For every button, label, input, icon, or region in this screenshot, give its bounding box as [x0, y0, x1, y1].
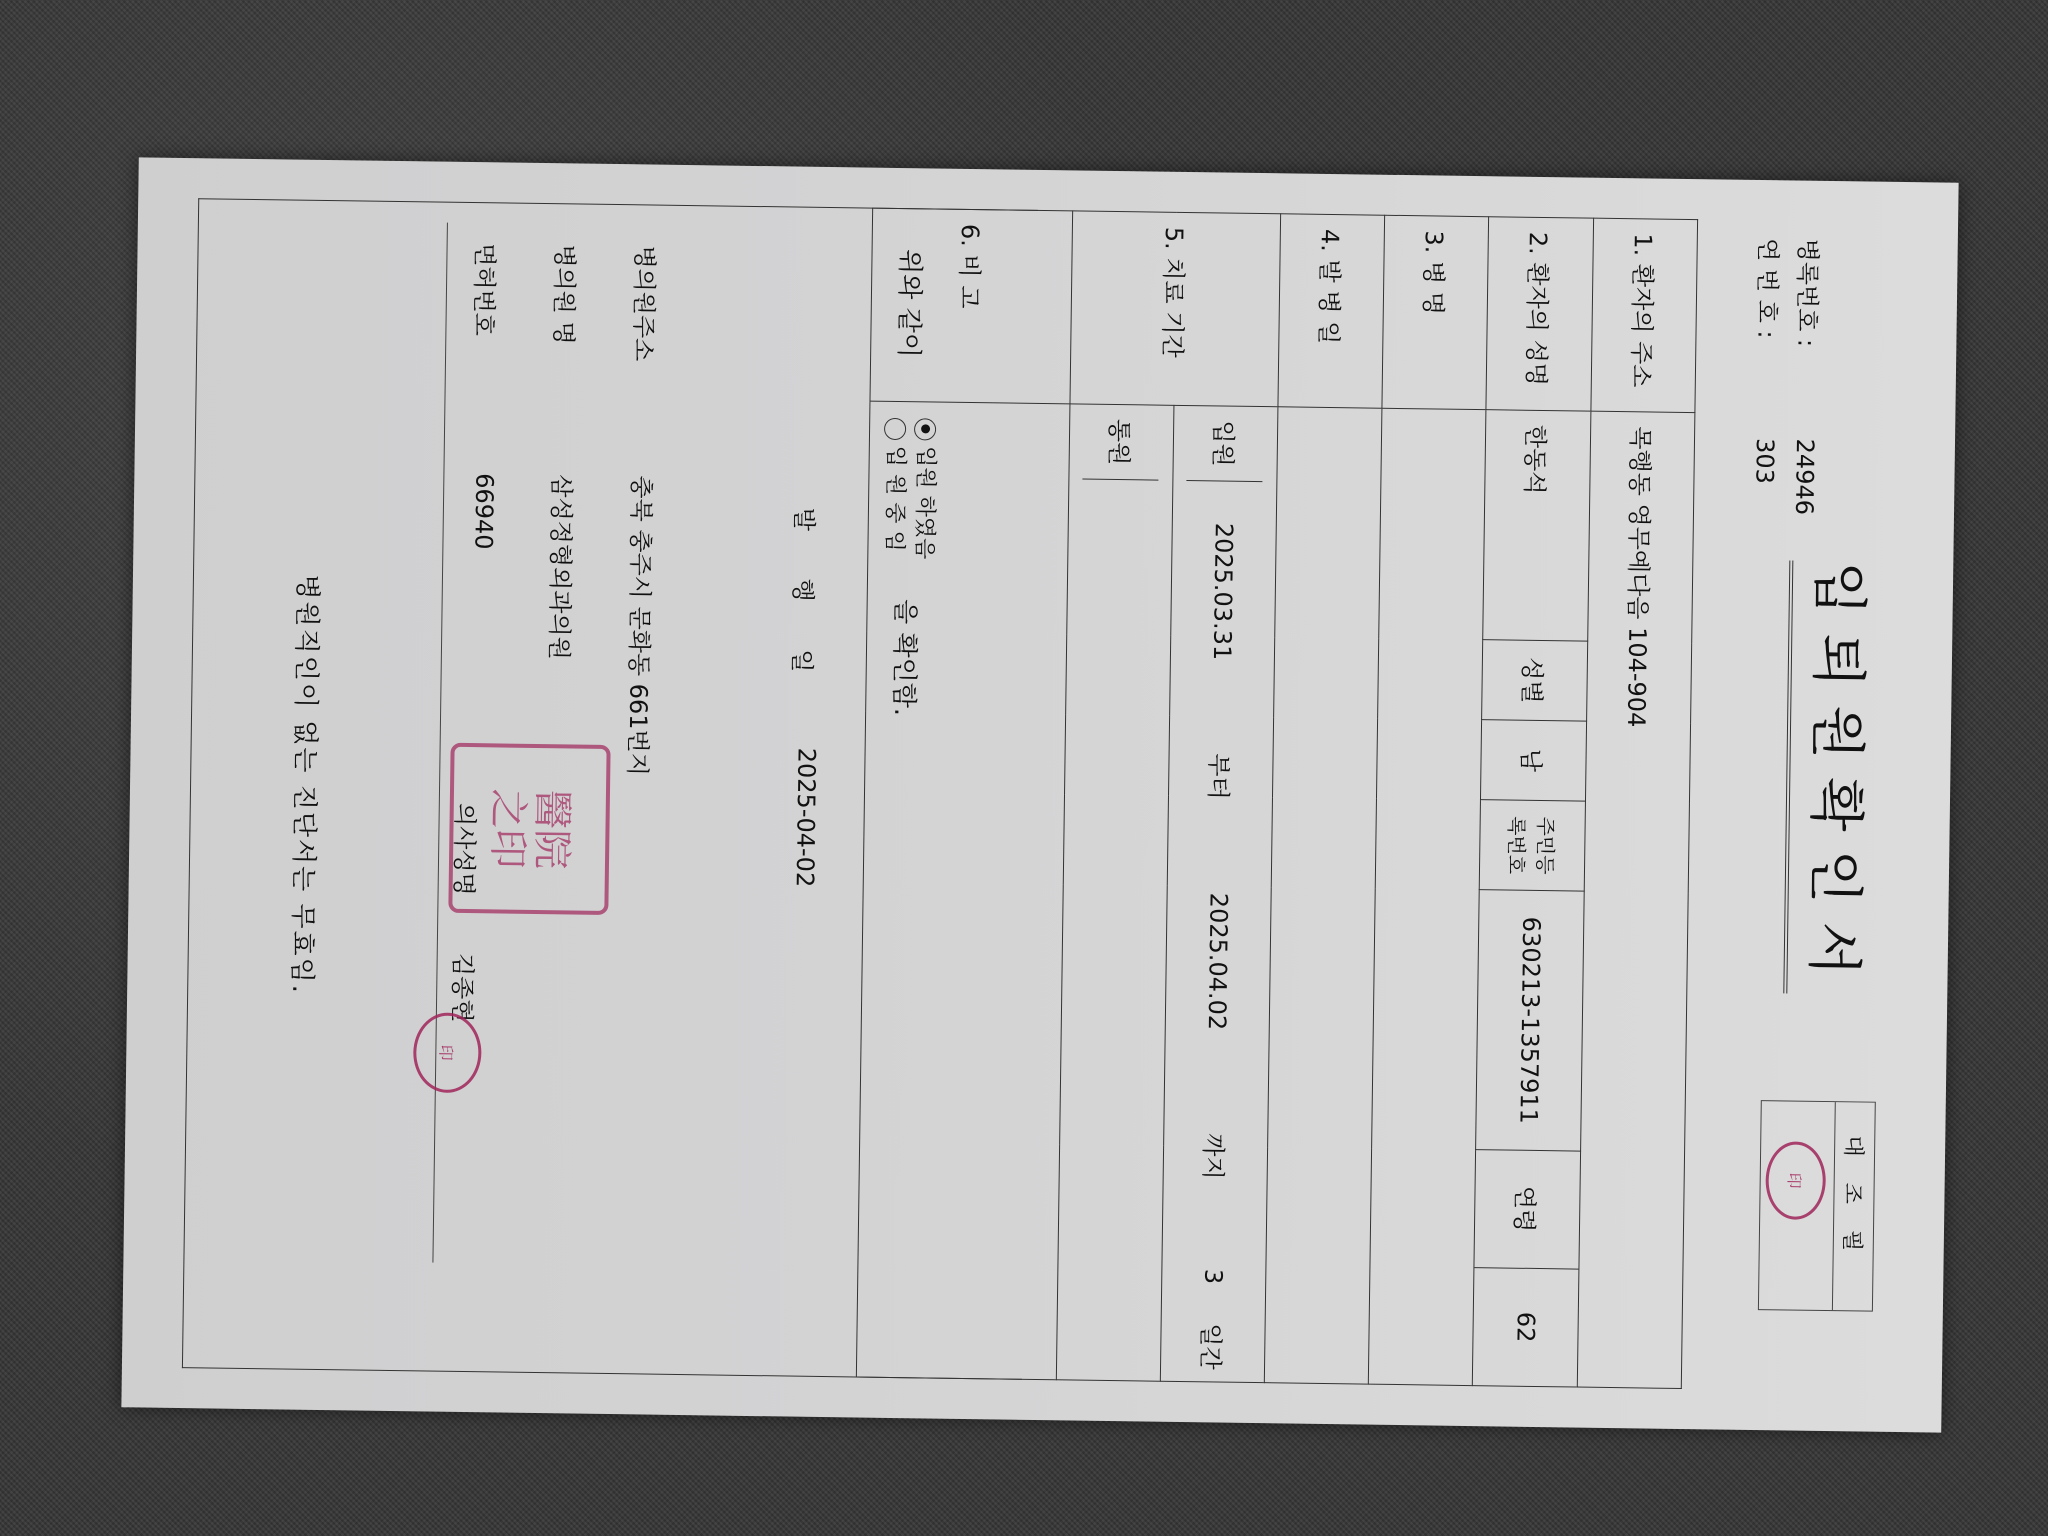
serial-number: 303 [1744, 438, 1785, 484]
diagnosis-value [1368, 408, 1486, 1385]
sex-label: 성별 [1482, 640, 1588, 721]
name-label: 2. 환자의 성명 [1486, 217, 1594, 411]
treatment-from-date: 2025.03.31 [1208, 481, 1239, 701]
rrn-label: 주민등록번호 [1479, 800, 1585, 891]
address-label: 1. 환자의 주소 [1591, 218, 1698, 412]
registration-number-label: 병록번호 : [1785, 238, 1828, 439]
radio-hospitalized-label: 입 원 중 임 [878, 445, 909, 551]
issue-date: 2025-04-02 [784, 747, 821, 887]
treatment-from-label: 부터 [1202, 701, 1239, 851]
approval-seal-icon: 印 [1765, 1141, 1826, 1220]
table-row-onset: 4. 발 병 일 [1264, 214, 1384, 1384]
license-number: 66940 [469, 473, 498, 550]
serial-number-label: 연 번 호 : [1745, 238, 1788, 439]
table-row-treatment-inpatient: 5. 치료 기간 입원 2025.03.31 부터 2025.04.02 까지 … [1160, 212, 1280, 1382]
radio-admitted[interactable]: 입원 하였음 [908, 418, 940, 560]
radio-unselected-icon [884, 418, 906, 440]
age-label: 연령 [1474, 1150, 1580, 1269]
page-title: 입퇴원확인서 [1783, 560, 1883, 994]
rrn-value: 630213-1357911 [1476, 890, 1585, 1151]
diagnosis-label: 3. 병 명 [1382, 215, 1489, 409]
radio-selected-icon [914, 418, 936, 440]
admission-discharge-certificate: 병록번호 : 24946 연 번 호 : 303 입퇴원확인서 대조필 印 1.… [121, 157, 1958, 1432]
hospital-name-label: 병의원 명 [547, 244, 585, 474]
registration-info: 병록번호 : 24946 연 번 호 : 303 [1744, 238, 1828, 515]
onset-date-value [1264, 407, 1382, 1384]
radio-admitted-label: 입원 하였음 [908, 446, 940, 560]
inpatient-label: 입원 [1187, 406, 1264, 482]
treatment-days-label: 일간 [1195, 1311, 1231, 1381]
confirmation-prefix: 위와 같이 [893, 249, 932, 358]
treatment-to-label: 까지 [1197, 1071, 1234, 1241]
hospital-name: 삼성정형외과의원 [544, 474, 582, 660]
issue-date-row: 발 행 일 2025-04-02 [784, 507, 824, 887]
issue-date-label: 발 행 일 [786, 507, 824, 747]
doctor-row: 의사성명 김종현 [447, 803, 485, 1023]
confirmation-statement: 위와 같이 입원 하였음 입 원 중 임 을 확인함. [876, 249, 943, 717]
address-value: 목행동 영무예다음 104-904 [1577, 411, 1695, 1388]
age-value: 62 [1473, 1268, 1579, 1387]
table-row-address: 1. 환자의 주소 목행동 영무예다음 104-904 [1577, 218, 1697, 1388]
doctor-name-label: 의사성명 [448, 803, 485, 953]
treatment-period-label: 5. 치료 기간 [1070, 211, 1281, 407]
approval-box-label: 대조필 [1832, 1102, 1875, 1311]
hospital-address: 충북 충주시 문화동 661번지 [623, 475, 662, 776]
treatment-days: 3 [1199, 1241, 1228, 1311]
confirmation-suffix: 을 확인함. [888, 599, 927, 717]
onset-date-label: 4. 발 병 일 [1278, 214, 1385, 408]
table-row-name: 2. 환자의 성명 한동석 성별 남 주민등록번호 630213-1357911… [1472, 217, 1593, 1387]
approval-box: 대조필 印 [1758, 1100, 1876, 1312]
footer-notice: 병원직인이 없는 진단서는 무효임. [280, 201, 333, 1369]
hospital-address-label: 병의원주소 [627, 245, 665, 475]
table-row-diagnosis: 3. 병 명 [1368, 215, 1488, 1385]
registration-number: 24946 [1784, 438, 1825, 515]
radio-hospitalized[interactable]: 입 원 중 임 [878, 417, 910, 559]
confirmation-section: 위와 같이 입원 하였음 입 원 중 임 을 확인함. 발 행 일 2025-0… [182, 198, 1038, 1380]
license-number-label: 면허번호 [467, 243, 505, 473]
treatment-to-date: 2025.04.02 [1203, 851, 1234, 1071]
name-value: 한동석 [1483, 410, 1591, 641]
outpatient-label: 통원 [1083, 405, 1160, 481]
sex-value: 남 [1480, 720, 1586, 801]
